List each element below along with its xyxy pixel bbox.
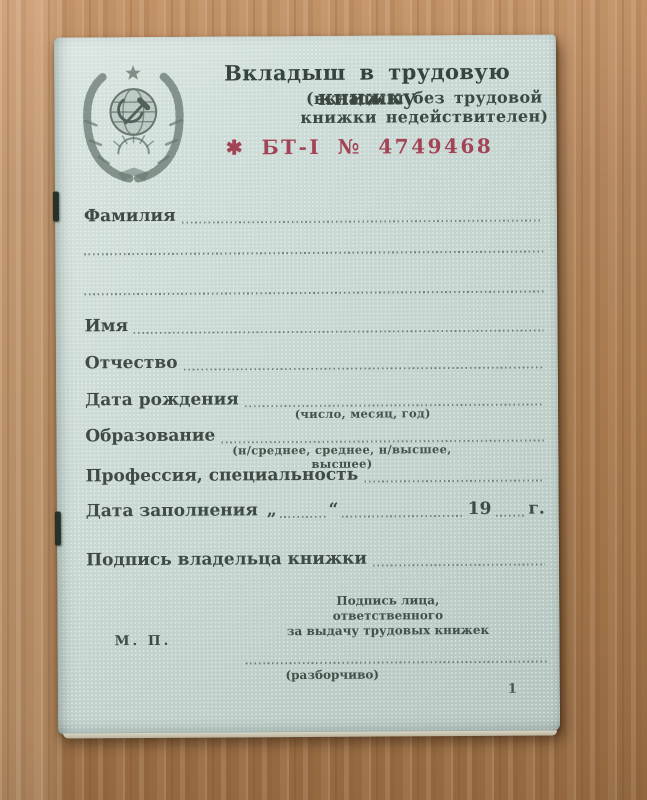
profession-fill-line xyxy=(364,480,544,483)
fill-date-close-quote: “ xyxy=(329,500,339,521)
education-label: Образование xyxy=(85,426,215,448)
document-title: Вкладыш в трудовую книжку xyxy=(186,59,548,111)
field-row-patronymic: Отчество xyxy=(85,351,544,375)
patronymic-fill-line xyxy=(184,367,544,371)
issuer-signature-fill-line xyxy=(246,661,547,665)
education-hint: (н/среднее, среднее, н/высшее, высшее) xyxy=(214,442,469,472)
surname-extra-line-2 xyxy=(84,291,543,296)
birth-date-fill-line xyxy=(245,404,544,408)
profession-label: Профессия, специальность xyxy=(85,465,358,488)
fill-date-day-line xyxy=(280,516,326,518)
birth-date-label: Дата рождения xyxy=(85,389,239,411)
surname-extra-line-1 xyxy=(84,251,543,256)
fill-date-century: 19 xyxy=(468,499,492,520)
subtitle-line-2: книжки недействителен) xyxy=(298,107,550,128)
fill-date-label: Дата заполнения xyxy=(86,500,258,522)
legibility-hint: (разборчиво) xyxy=(250,667,415,682)
document-subtitle: (вкладыш без трудовой книжки недействите… xyxy=(298,88,550,128)
surname-label: Фамилия xyxy=(84,206,176,228)
owner-signature-label: Подпись владельца книжки xyxy=(86,549,367,572)
page-number: 1 xyxy=(508,682,517,697)
first-name-label: Имя xyxy=(85,316,129,337)
issuer-signature-hint-line-1: Подпись лица, ответственного xyxy=(285,593,490,624)
field-row-birth-date: Дата рождения xyxy=(85,388,544,412)
fill-date-open-quote: „ xyxy=(267,500,277,521)
patronymic-label: Отчество xyxy=(85,353,178,375)
field-row-profession: Профессия, специальность xyxy=(85,464,544,488)
birth-date-hint: (число, месяц, год) xyxy=(280,406,445,421)
wood-desk-background: Вкладыш в трудовую книжку (вкладыш без т… xyxy=(0,0,647,800)
staple-bottom xyxy=(55,512,61,546)
fill-date-year-suffix: г. xyxy=(528,499,544,520)
field-row-owner-signature: Подпись владельца книжки xyxy=(86,548,545,572)
education-fill-line xyxy=(221,440,544,444)
first-name-fill-line xyxy=(134,330,544,335)
staple-top xyxy=(53,192,59,222)
field-row-fill-date: Дата заполнения „ “ 19 г. xyxy=(86,499,545,523)
ussr-coat-of-arms-icon xyxy=(74,64,193,187)
owner-signature-fill-line xyxy=(373,564,545,567)
field-row-surname: Фамилия xyxy=(84,204,543,228)
fill-date-year-line xyxy=(495,515,523,517)
field-row-first-name: Имя xyxy=(85,314,544,338)
issuer-signature-hint-line-2: за выдачу трудовых книжек xyxy=(285,623,490,639)
seal-placeholder: М. П. xyxy=(115,633,172,649)
subtitle-line-1: (вкладыш без трудовой xyxy=(298,88,550,109)
field-row-education: Образование xyxy=(85,424,544,448)
issuer-signature-hint: Подпись лица, ответственного за выдачу т… xyxy=(285,593,490,639)
serial-number: ✱ БТ-I № 4749468 xyxy=(184,134,534,160)
fill-date-month-line xyxy=(341,515,461,518)
surname-fill-line xyxy=(182,220,543,224)
work-book-insert-page: Вкладыш в трудовую книжку (вкладыш без т… xyxy=(54,34,560,734)
